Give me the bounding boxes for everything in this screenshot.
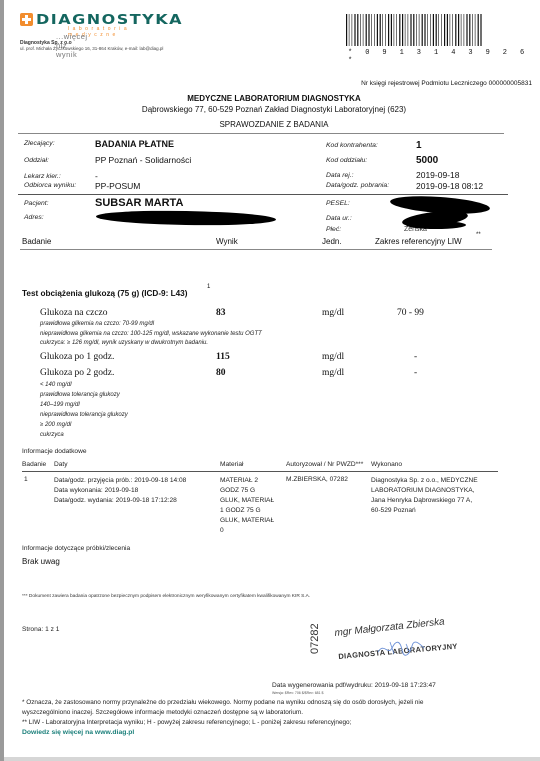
footer-note-1-cont: wyszczególniono inaczej. Szczegółowe inf…	[22, 709, 303, 716]
tolerance-note: 140–199 mg/dl	[40, 402, 80, 408]
sample-info-value: Brak uwag	[22, 557, 60, 566]
company-address: ul. prof. Michała Życzkowskiego 16, 31-8…	[20, 46, 163, 51]
add-material: MATERIAŁ 2 GODZ 75 G GLUK, MATERIAŁ 1 GO…	[220, 476, 274, 536]
result-unit: mg/dl	[322, 352, 344, 362]
data-rej-label: Data rej.:	[326, 172, 354, 179]
add-daty: Data/godz. przyjęcia prób.: 2019-09-18 1…	[54, 476, 186, 506]
add-autoryzowal: M.ZBIERSKA, 07282	[286, 476, 348, 483]
kod-oddzialu-value: 5000	[416, 155, 438, 166]
material-line: 0	[220, 526, 274, 536]
zlecajacy-label: Zlecający:	[24, 140, 55, 147]
patient-name: SUBSAR MARTA	[95, 197, 183, 209]
lekarz-value: -	[95, 171, 98, 181]
lab-address: Dąbrowskiego 77, 60-529 Poznań Zakład Di…	[4, 105, 540, 114]
divider	[20, 249, 492, 250]
generated-date: Data wygenerowania pdf/wydruku: 2019-09-…	[272, 682, 436, 689]
add-col-badanie: Badanie	[22, 461, 46, 468]
signature-note: *** Dokument zawiera badania opatrzone b…	[22, 594, 310, 599]
website-link[interactable]: Dowiedz się więcej na www.diag.pl	[22, 729, 134, 736]
result-range: 70 - 99	[397, 308, 424, 318]
kod-kontrahenta-value: 1	[416, 140, 422, 151]
oddzial-value: PP Poznań - Solidarności	[95, 155, 191, 165]
material-line: 1 GODZ 75 G	[220, 506, 274, 516]
material-line: GODZ 75 G	[220, 486, 274, 496]
page-bottom-edge	[4, 757, 540, 761]
adres-label: Adres:	[24, 214, 44, 221]
pesel-label: PESEL:	[326, 200, 350, 207]
add-col-autoryzowal: Autoryzował / Nr PWZD***	[286, 461, 363, 468]
data-rej-value: 2019-09-18	[416, 170, 459, 180]
medical-cross-icon	[20, 13, 33, 26]
data-pobrania-label: Data/godz. pobrania:	[326, 182, 389, 189]
zlecajacy-value: BADANIA PŁATNE	[95, 139, 174, 149]
tolerance-note: cukrzyca	[40, 432, 64, 438]
col-jedn: Jedn.	[322, 237, 342, 246]
result-unit: mg/dl	[322, 368, 344, 378]
result-value: 115	[216, 352, 230, 362]
add-col-material: Materiał	[220, 461, 243, 468]
redacted-sex	[406, 221, 466, 229]
wykonano-line: LABORATORIUM DIAGNOSTYKA,	[371, 486, 478, 496]
lab-name: MEDYCZNE LABORATORIUM DIAGNOSTYKA	[4, 94, 540, 103]
pacjent-label: Pacjent:	[24, 200, 49, 207]
material-line: GLUK, MATERIAŁ	[220, 516, 274, 526]
add-col-daty: Daty	[54, 461, 68, 468]
result-name: Glukoza po 1 godz.	[40, 352, 114, 362]
odbiorca-label: Odbiorca wyniku:	[24, 182, 76, 189]
divider	[18, 133, 504, 134]
odbiorca-value: PP-POSUM	[95, 181, 140, 191]
test-group-title: Test obciążenia glukozą (75 g) (ICD-9: L…	[22, 289, 187, 298]
version: Wersja: $Rev: 706 $/$Rev: 681 $	[272, 691, 324, 695]
tolerance-note: nieprawidłowa tolerancja glukozy	[40, 412, 128, 418]
wykonano-line: Diagnostyka Sp. z o.o., MEDYCZNE	[371, 476, 478, 486]
date-line: Data/godz. przyjęcia prób.: 2019-09-18 1…	[54, 476, 186, 486]
stamp-name: mgr Małgorzata Zbierska	[334, 616, 445, 638]
footer-note-1: * Oznacza, że zastosowano normy przynale…	[22, 699, 423, 706]
result-value: 83	[216, 308, 226, 318]
barcode-number: * 0 9 1 3 1 4 3 9 2 6 *	[348, 49, 540, 65]
page-number: Strona: 1 z 1	[22, 626, 59, 633]
result-range: -	[414, 352, 417, 362]
add-col-wykonano: Wykonano	[371, 461, 402, 468]
add-badanie-value: 1	[24, 476, 28, 483]
result-name: Glukoza po 2 godz.	[40, 368, 114, 378]
kod-oddzialu-label: Kod oddziału:	[326, 157, 367, 164]
additional-info-title: Informacje dodatkowe	[22, 448, 87, 455]
handwritten-signature	[376, 638, 426, 658]
tolerance-note: prawidłowa tolerancja glukozy	[40, 392, 120, 398]
date-line: Data wykonania: 2019-09-18	[54, 486, 186, 496]
tolerance-note: < 140 mg/dl	[40, 382, 72, 388]
col-wynik: Wynik	[216, 237, 238, 246]
redacted-address	[96, 209, 276, 226]
data-pobrania-value: 2019-09-18 08:12	[416, 181, 483, 191]
result-value: 80	[216, 368, 226, 378]
wykonano-line: Jana Henryka Dąbrowskiego 77 A,	[371, 496, 478, 506]
wykonano-line: 60-529 Poznań	[371, 506, 478, 516]
divider	[22, 471, 498, 472]
col-badanie: Badanie	[22, 237, 51, 246]
fasting-note: nieprawidłowa glikemia na czczo: 100-125…	[40, 331, 262, 337]
date-line: Data/godz. wydania: 2019-09-18 17:12:28	[54, 496, 186, 506]
test-group-footnote: 1	[207, 284, 210, 290]
barcode	[344, 14, 484, 46]
data-ur-label: Data ur.:	[326, 215, 352, 222]
lekarz-label: Lekarz kier.:	[24, 173, 61, 180]
material-line: MATERIAŁ 2	[220, 476, 274, 486]
col-zakres: Zakres referencyjny LIW	[375, 237, 462, 246]
col-zakres-mark: **	[476, 232, 481, 238]
oddzial-label: Oddział:	[24, 157, 49, 164]
fasting-note: prawidłowa glikemia na czczo: 70-99 mg/d…	[40, 321, 154, 327]
registry-number: Nr księgi rejestrowej Podmiotu Lecznicze…	[361, 80, 532, 87]
add-wykonano: Diagnostyka Sp. z o.o., MEDYCZNE LABORAT…	[371, 476, 478, 516]
result-unit: mg/dl	[322, 308, 344, 318]
tolerance-note: ≥ 200 mg/dl	[40, 422, 71, 428]
kod-kontrahenta-label: Kod kontrahenta:	[326, 142, 378, 149]
result-name: Glukoza na czczo	[40, 308, 108, 318]
fasting-note: cukrzyca: ≥ 126 mg/dl, wynik uzyskany w …	[40, 340, 208, 346]
result-range: -	[414, 368, 417, 378]
divider	[18, 194, 508, 195]
material-line: GLUK, MATERIAŁ	[220, 496, 274, 506]
stamp-number: 07282	[309, 623, 321, 654]
report-page: DIAGNOSTYKA laboratoria medyczne ...więc…	[0, 0, 540, 761]
plec-label: Płeć:	[326, 226, 341, 233]
footer-note-2: ** LIW - Laboratoryjna Interpretacja wyn…	[22, 719, 351, 726]
sample-info-title: Informacje dotyczące próbki/zlecenia	[22, 545, 130, 552]
report-title: SPRAWOZDANIE Z BADANIA	[4, 120, 540, 129]
